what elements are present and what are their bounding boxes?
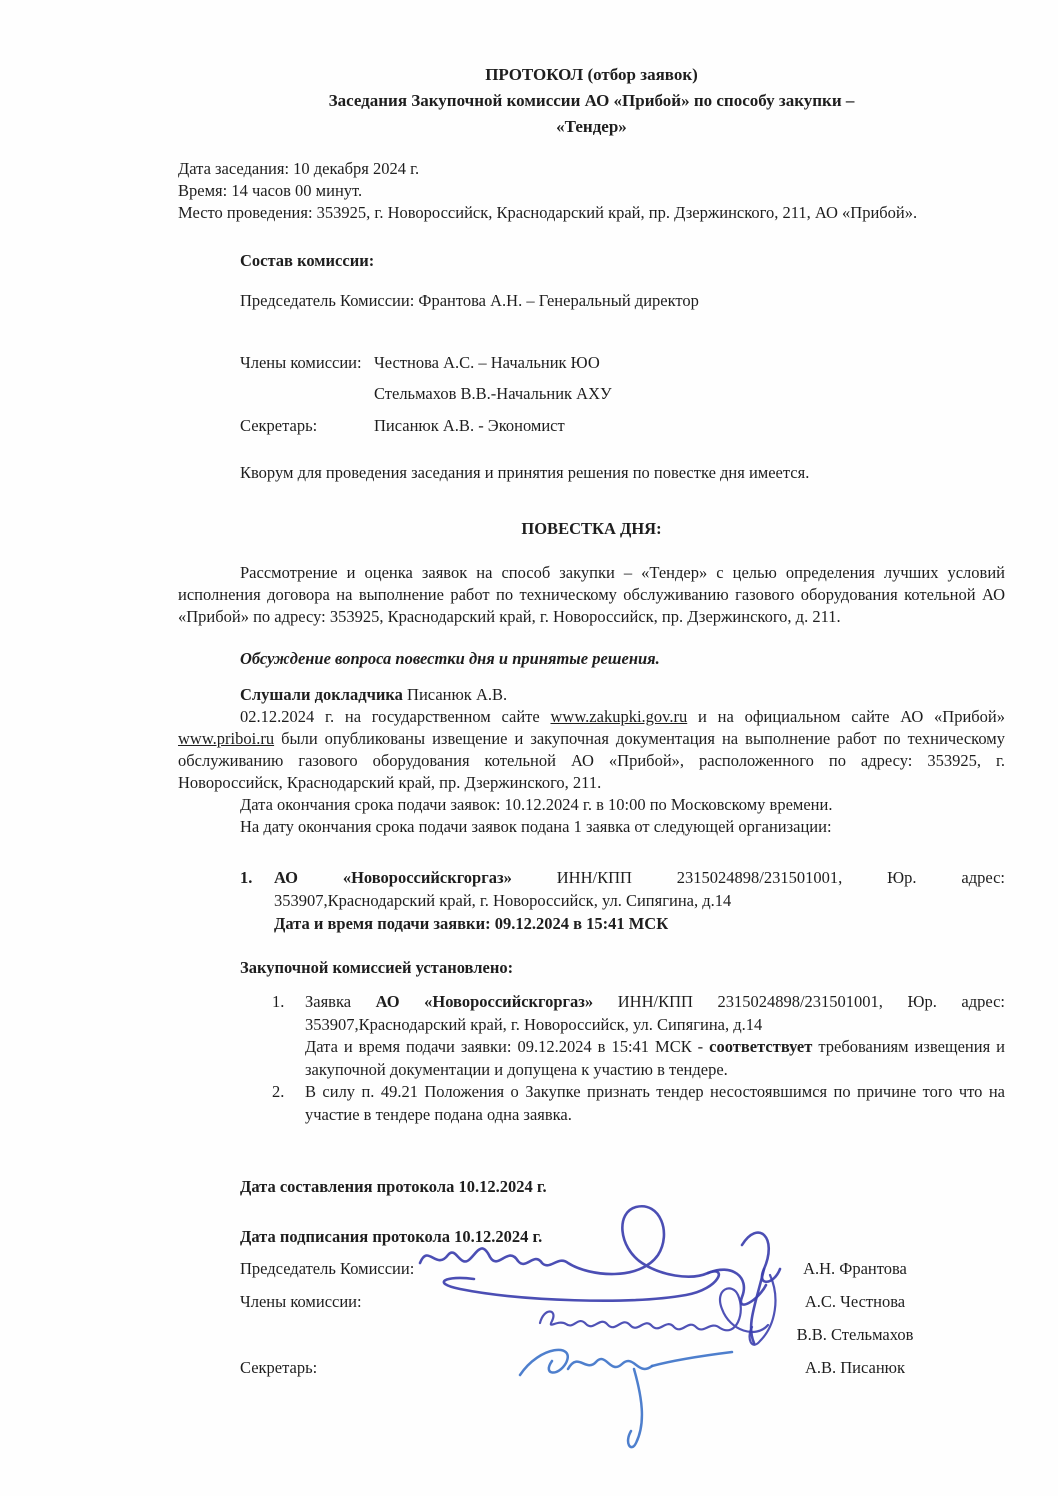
pub-text-1: 02.12.2024 г. на государственном сайте <box>240 707 551 726</box>
commission-member2-row: Стельмахов В.В.-Начальник АХУ <box>178 383 1005 405</box>
discussion-heading: Обсуждение вопроса повестки дня и принят… <box>178 648 1005 670</box>
applicant-details: ИНН/КПП 2315024898/231501001, Юр. адрес: <box>512 868 1005 887</box>
findings-heading: Закупочной комиссией установлено: <box>178 957 1005 979</box>
secretary-label: Секретарь: <box>240 415 374 437</box>
applicant-name: АО «Новороссийскгоргаз» <box>274 868 512 887</box>
protocol-compiled-date: Дата составления протокола 10.12.2024 г. <box>178 1176 1005 1198</box>
applicant-line1: АО «Новороссийскгоргаз» ИНН/КПП 23150248… <box>274 866 1005 889</box>
deadline-line: Дата окончания срока подачи заявок: 10.1… <box>178 794 1005 816</box>
finding-1-lead: Заявка <box>305 992 376 1011</box>
scanned-protocol-page: ПРОТОКОЛ (отбор заявок) Заседания Закупо… <box>0 0 1058 1496</box>
protocol-signed-date: Дата подписания протокола 10.12.2024 г. <box>178 1226 1005 1248</box>
finding-2-number: 2. <box>272 1081 284 1104</box>
pub-text-2: и на официальном сайте АО «Прибой» <box>687 707 1005 726</box>
finding-item-1: 1. Заявка АО «Новороссийскгоргаз» ИНН/КП… <box>178 991 1005 1081</box>
member2-spacer <box>240 383 374 405</box>
finding-2-text: В силу п. 49.21 Положения о Закупке приз… <box>305 1081 1005 1126</box>
document-content: ПРОТОКОЛ (отбор заявок) Заседания Закупо… <box>178 0 1005 1390</box>
speaker-lead: Слушали докладчика <box>240 685 403 704</box>
finding-1-number: 1. <box>272 991 284 1014</box>
sig-label-members: Члены комиссии: <box>240 1292 362 1311</box>
applicant-address: 353907,Краснодарский край, г. Новороссий… <box>274 889 1005 912</box>
publication-paragraph: 02.12.2024 г. на государственном сайте w… <box>178 706 1005 794</box>
members-label: Члены комиссии: <box>240 352 374 374</box>
meeting-time: Время: 14 часов 00 минут. <box>178 180 1005 202</box>
finding-1-decision: Дата и время подачи заявки: 09.12.2024 в… <box>305 1036 1005 1081</box>
finding-item-2: 2. В силу п. 49.21 Положения о Закупке п… <box>178 1081 1005 1126</box>
sig-label-chairman: Председатель Комиссии: <box>240 1259 414 1278</box>
zakupki-link: www.zakupki.gov.ru <box>551 707 688 726</box>
member-2: Стельмахов В.В.-Начальник АХУ <box>374 383 612 405</box>
title-line-1: ПРОТОКОЛ (отбор заявок) <box>178 62 1005 88</box>
commission-members-row: Члены комиссии: Честнова А.С. – Начальни… <box>178 352 1005 374</box>
findings-list: 1. Заявка АО «Новороссийскгоргаз» ИНН/КП… <box>178 991 1005 1126</box>
title-line-2: Заседания Закупочной комиссии АО «Прибой… <box>178 88 1005 114</box>
applicant-number: 1. <box>240 866 252 889</box>
speaker-line: Слушали докладчика Писанюк А.В. <box>178 684 1005 706</box>
meeting-meta: Дата заседания: 10 декабря 2024 г. Время… <box>178 158 1005 224</box>
signature-row-chairman: Председатель Комиссии: А.Н. Франтова <box>240 1258 1005 1291</box>
member-1: Честнова А.С. – Начальник ЮО <box>374 352 600 374</box>
sig-name-chestnova: А.С. Честнова <box>770 1291 940 1313</box>
document-title: ПРОТОКОЛ (отбор заявок) Заседания Закупо… <box>178 0 1005 140</box>
applicant-submitted: Дата и время подачи заявки: 09.12.2024 в… <box>274 912 1005 935</box>
speaker-name: Писанюк А.В. <box>403 685 507 704</box>
meeting-place: Место проведения: 353925, г. Новороссийс… <box>178 202 1005 224</box>
received-line: На дату окончания срока подачи заявок по… <box>178 816 1005 838</box>
meeting-date: Дата заседания: 10 декабря 2024 г. <box>178 158 1005 180</box>
agenda-body: Рассмотрение и оценка заявок на способ з… <box>178 562 1005 628</box>
finding-1-line1: Заявка АО «Новороссийскгоргаз» ИНН/КПП 2… <box>305 991 1005 1014</box>
title-line-3: «Тендер» <box>178 114 1005 140</box>
signature-row-members: Члены комиссии: А.С. Честнова <box>240 1291 1005 1324</box>
sig-label-secretary: Секретарь: <box>240 1358 317 1377</box>
finding-1-submitted: Дата и время подачи заявки: 09.12.2024 в… <box>305 1037 709 1056</box>
commission-heading: Состав комиссии: <box>178 250 1005 272</box>
agenda-heading: ПОВЕСТКА ДНЯ: <box>178 518 1005 540</box>
sig-name-stelmakhov: В.В. Стельмахов <box>770 1324 940 1346</box>
quorum-statement: Кворум для проведения заседания и принят… <box>178 462 1005 484</box>
sig-name-pisanyuk: А.В. Писанюк <box>770 1357 940 1379</box>
priboi-link: www.priboi.ru <box>178 729 274 748</box>
finding-1-conforms: соответствует <box>709 1037 812 1056</box>
signature-row-stelmakhov: В.В. Стельмахов <box>240 1324 1005 1357</box>
commission-secretary-row: Секретарь: Писанюк А.В. - Экономист <box>178 415 1005 437</box>
applicant-item: 1. АО «Новороссийскгоргаз» ИНН/КПП 23150… <box>178 866 1005 935</box>
finding-1-details: ИНН/КПП 2315024898/231501001, Юр. адрес: <box>593 992 1005 1011</box>
pub-text-3: были опубликованы извещение и закупочная… <box>178 729 1005 792</box>
secretary-name: Писанюк А.В. - Экономист <box>374 415 565 437</box>
finding-1-name: АО «Новороссийскгоргаз» <box>376 992 594 1011</box>
sig-name-frantova: А.Н. Франтова <box>770 1258 940 1280</box>
finding-1-address: 353907,Краснодарский край, г. Новороссий… <box>305 1014 1005 1037</box>
signature-rows: Председатель Комиссии: А.Н. Франтова Чле… <box>178 1258 1005 1390</box>
signature-row-secretary: Секретарь: А.В. Писанюк <box>240 1357 1005 1390</box>
commission-chairman: Председатель Комиссии: Франтова А.Н. – Г… <box>178 290 1005 312</box>
